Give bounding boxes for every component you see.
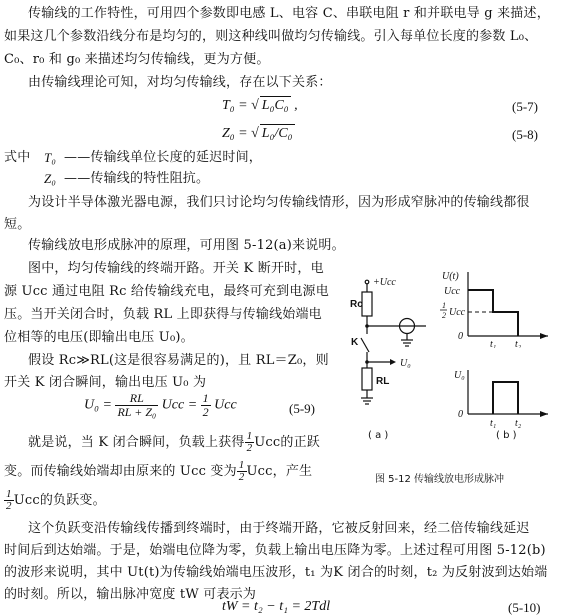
half-fraction: 12	[4, 489, 14, 512]
paragraph-3-line-1: 为设计半导体激光器电源，我们只讨论均匀传输线情形，因为形成窄脉冲的传输线都很	[28, 195, 530, 211]
paragraph-7-line-3: 12Ucc的负跃变。	[4, 489, 106, 512]
level-half-denominator: 2	[442, 311, 446, 320]
equation-5-8-lhs: Z₀ =	[222, 126, 251, 141]
resistor-rl-icon	[362, 368, 372, 390]
supply-terminal-icon	[365, 280, 369, 284]
equation-5-7-radicand: L₀C₀	[260, 96, 291, 115]
paragraph-4-line-1: 传输线放电形成脉冲的原理，可用图 5-12(a)来说明。	[28, 238, 345, 254]
switch-k-icon	[361, 338, 369, 352]
paragraph-7-line-2: 变。而传输线始端却由原来的 Ucc 变为12Ucc，产生	[4, 460, 312, 483]
paragraph-5-line-3: 压。当开关闭合时，负载 RL 上即获得与传输线始端电	[4, 307, 322, 323]
rc-label: Rc	[350, 299, 363, 310]
half-fraction: 12	[237, 460, 247, 483]
paragraph-7-line-1-b: Ucc的正跃	[254, 435, 320, 450]
rl-label: RL	[376, 376, 389, 387]
bottom-zero-label: 0	[458, 409, 463, 420]
waveform-bottom: U₀ 0 t₁ t₂	[440, 366, 550, 428]
half-denominator: 2	[4, 501, 14, 512]
equation-5-8-number: (5-8)	[512, 127, 538, 143]
paragraph-8-line-4: 的时刻。所以，输出脉冲宽度 tW 可表示为	[4, 587, 256, 603]
paragraph-5-line-2: 源 Ucc 通过电阻 Rc 给传输线充电，最终可充到电源电	[4, 284, 329, 300]
paragraph-7-line-2-a: 变。而传输线始端却由原来的 Ucc 变为	[4, 464, 237, 479]
paragraph-8-line-3: 的波形来说明，其中 Ut(t)为传输线始端电压波形，t₁ 为K 闭合的时刻，t₂…	[4, 565, 547, 581]
waveform-top: U(t) Ucc 1 2 Ucc 0 t₁ t₂	[440, 268, 550, 348]
paragraph-1-line-1: 传输线的工作特性，可用四个参数即电感 L、电容 C、串联电阻 r 和并联电导 g…	[28, 6, 550, 22]
equation-5-9-number: (5-9)	[289, 401, 315, 417]
resistor-rc-icon	[362, 292, 372, 316]
paragraph-7-line-3-b: Ucc的负跃变。	[14, 493, 106, 508]
paragraph-5-line-4: 位相等的电压(即输出电压 U₀)。	[4, 330, 194, 346]
level-half-label: Ucc	[449, 307, 466, 318]
top-t1-label: t₁	[490, 339, 496, 348]
equation-5-7: T₀ = √L₀C₀ ,	[222, 96, 298, 115]
bottom-y-label: U₀	[454, 370, 465, 381]
half-fraction: 12	[245, 431, 255, 454]
paragraph-8-line-2: 时间后到达始端。于是，始端电位降为零，负载上输出电压降为零。上述过程可用图 5-…	[4, 543, 546, 559]
equation-5-10: tW = t₂ − t₁ = 2Tdl	[222, 598, 330, 616]
equation-5-9-half: 1 2	[201, 392, 211, 419]
paragraph-3-line-2: 短。	[4, 217, 30, 233]
half-numerator: 1	[201, 392, 211, 406]
equation-5-7-number: (5-7)	[512, 99, 538, 115]
paragraph-1-line-2: 如果这几个参数沿线分布是均匀的，则这种线叫做均匀传输线。引入每单位长度的参数 L…	[4, 29, 537, 45]
where-item-2-text: ——传输线的特性阻抗。	[64, 171, 209, 187]
where-item-2-symbol: Z₀	[44, 171, 56, 187]
half-denominator: 2	[237, 472, 247, 483]
equation-5-10-number: (5-10)	[508, 600, 541, 616]
circuit-diagram: +Ucc Rc K U₀ RL	[350, 270, 430, 410]
equation-5-9: U₀ = RL RL + Z₀ Ucc = 1 2 Ucc	[84, 392, 237, 419]
level-full-label: Ucc	[444, 286, 461, 297]
top-y-label: U(t)	[442, 271, 459, 282]
output-label: U₀	[400, 358, 411, 369]
subfigure-a-label: ( a )	[368, 430, 388, 441]
equation-5-9-lhs: U₀ =	[84, 398, 115, 413]
paragraph-7-line-2-b: Ucc，产生	[247, 464, 313, 479]
supply-label: +Ucc	[373, 277, 396, 288]
switch-label: K	[351, 337, 359, 348]
paragraph-7-line-1-a: 就是说，当 K 闭合瞬间，负载上获得	[28, 435, 245, 450]
output-arrow-icon	[390, 359, 396, 365]
equation-5-9-rhs: Ucc	[214, 398, 237, 413]
sqrt-symbol: √	[251, 98, 259, 113]
subfigure-b-label: ( b )	[496, 430, 517, 441]
half-denominator: 2	[245, 443, 255, 454]
fraction-numerator: RL	[115, 392, 158, 406]
paragraph-8-line-1: 这个负跃变沿传输线传播到终端时，由于终端开路，它被反射回来，经二倍传输线延迟	[28, 521, 530, 537]
top-zero-label: 0	[458, 331, 463, 342]
equation-5-7-lhs: T₀ =	[222, 98, 251, 113]
sqrt-symbol: √	[251, 126, 259, 141]
bottom-t2-label: t₂	[515, 418, 522, 428]
paragraph-1-line-3: C₀、r₀ 和 g₀ 来描述均匀传输线，更为方便。	[4, 52, 270, 68]
paragraph-7-line-1: 就是说，当 K 闭合瞬间，负载上获得12Ucc的正跃	[28, 431, 320, 454]
fraction-denominator: RL + Z₀	[115, 406, 158, 419]
level-half-numerator: 1	[442, 301, 446, 310]
paragraph-6-line-2: 开关 K 闭合瞬间，输出电压 U₀ 为	[4, 375, 206, 391]
where-label: 式中	[4, 150, 30, 166]
equation-5-9-mid: Ucc =	[162, 398, 201, 413]
equation-5-7-tail: ,	[291, 98, 298, 113]
paragraph-6-line-1: 假设 Rc≫RL(这是很容易满足的)，且 RL＝Z₀，则	[28, 353, 329, 369]
bottom-t1-label: t₁	[490, 418, 496, 428]
paragraph-2-line-1: 由传输线理论可知，对均匀传输线，存在以下关系：	[28, 75, 332, 91]
equation-5-8: Z₀ = √L₀/C₀	[222, 124, 295, 143]
top-t2-label: t₂	[515, 339, 522, 348]
half-denominator: 2	[201, 406, 211, 419]
where-item-1-symbol: T₀	[44, 150, 56, 166]
equation-5-8-radicand: L₀/C₀	[260, 124, 295, 143]
where-item-1-text: ——传输线单位长度的延迟时间，	[64, 150, 262, 166]
figure-caption: 图 5-12 传输线放电形成脉冲	[375, 470, 504, 485]
paragraph-5-line-1: 图中，均匀传输线的终端开路。开关 K 断开时，电	[28, 261, 324, 277]
equation-5-9-fraction: RL RL + Z₀	[115, 392, 158, 419]
